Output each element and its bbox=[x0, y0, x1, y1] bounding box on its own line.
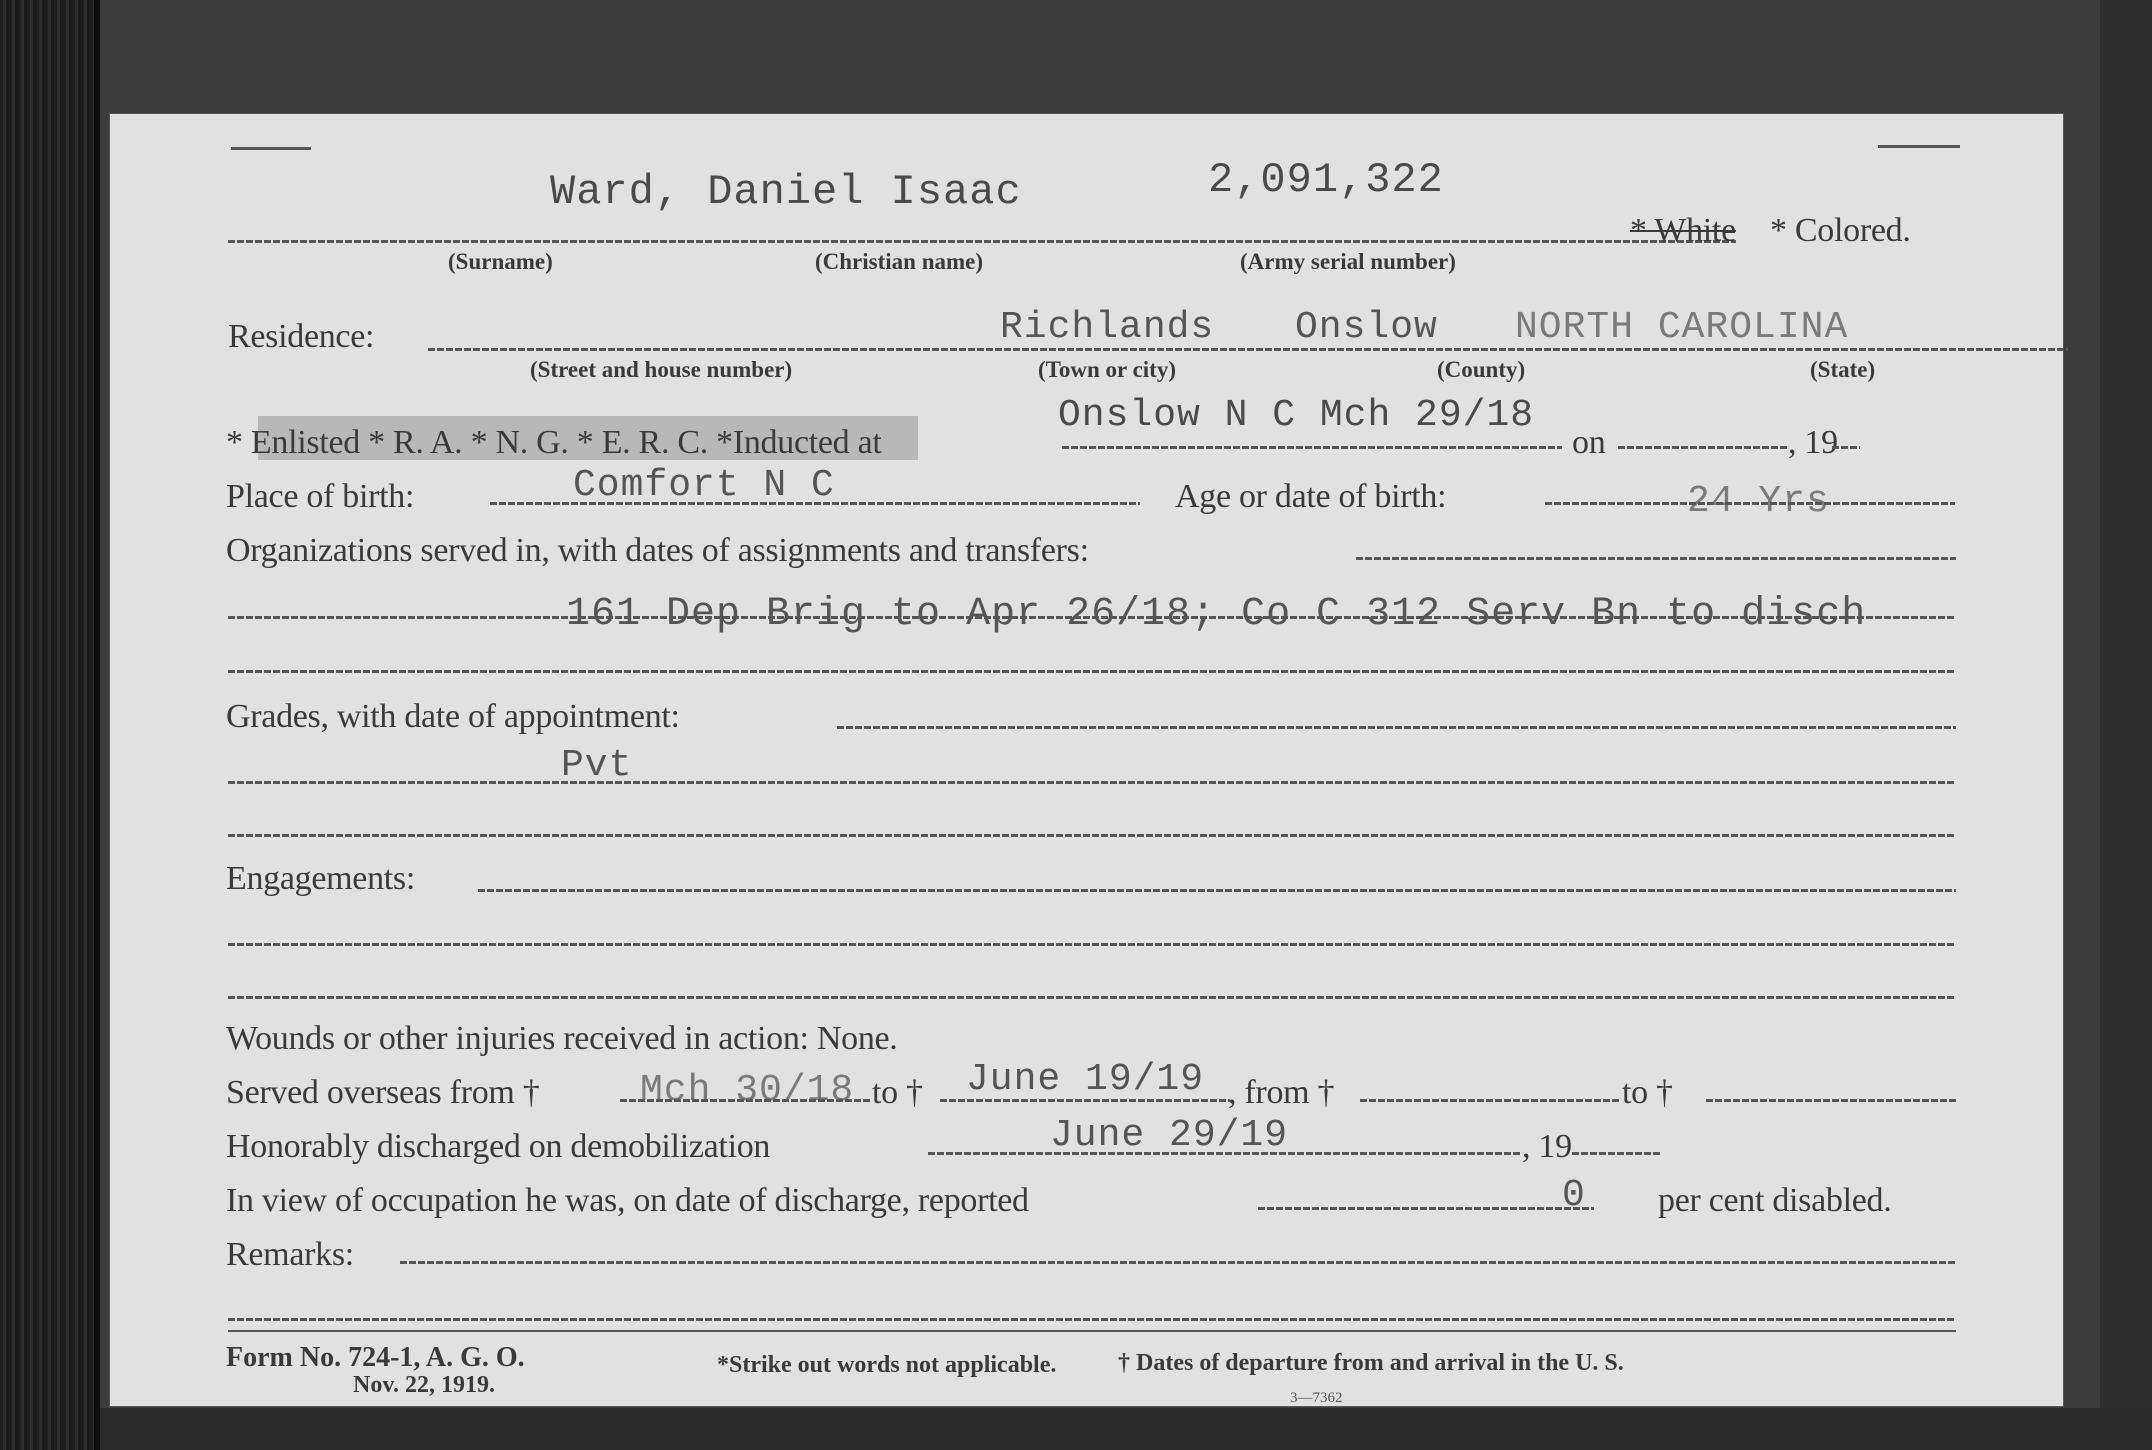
wounds-label: Wounds or other injuries received in act… bbox=[226, 1020, 898, 1058]
race-white-struck: * White bbox=[1630, 212, 1736, 250]
disability-suffix: per cent disabled. bbox=[1658, 1182, 1891, 1220]
engagements-label: Engagements: bbox=[226, 860, 415, 898]
discharge-year-label: , 19 bbox=[1522, 1128, 1572, 1166]
organizations-line-3 bbox=[228, 670, 1956, 673]
dagger-note: † Dates of departure from and arrival in… bbox=[1118, 1350, 1624, 1377]
residence-county-value: Onslow bbox=[1295, 306, 1438, 349]
remarks-line-2 bbox=[228, 1318, 1956, 1321]
grades-line-3 bbox=[228, 834, 1956, 837]
serial-number-value: 2,091,322 bbox=[1208, 156, 1444, 204]
discharge-line bbox=[928, 1152, 1522, 1155]
engagements-line-2 bbox=[228, 943, 1956, 946]
label-county: (County) bbox=[1437, 357, 1525, 383]
name-value: Ward, Daniel Isaac bbox=[550, 168, 1022, 216]
overseas-to-value: June 19/19 bbox=[966, 1058, 1204, 1101]
year-line bbox=[1832, 446, 1860, 449]
film-edge-line bbox=[94, 0, 100, 1450]
grades-line-1 bbox=[837, 726, 1956, 729]
label-surname: (Surname) bbox=[448, 249, 553, 275]
name-line bbox=[228, 240, 1736, 243]
overseas-to-line bbox=[940, 1099, 1230, 1102]
year-label: , 19 bbox=[1788, 424, 1838, 462]
on-line bbox=[1618, 446, 1788, 449]
inducted-value: Onslow N C Mch 29/18 bbox=[1058, 394, 1534, 437]
remarks-line-1 bbox=[400, 1261, 1956, 1264]
age-line bbox=[1545, 502, 1955, 505]
overseas-from-label: Served overseas from † bbox=[226, 1074, 539, 1112]
place-of-birth-line bbox=[490, 502, 1140, 505]
residence-town-value: Richlands bbox=[1000, 306, 1214, 349]
top-left-mark bbox=[231, 147, 311, 150]
strike-note: *Strike out words not applicable. bbox=[717, 1352, 1056, 1379]
discharge-label: Honorably discharged on demobilization bbox=[226, 1128, 770, 1166]
form-number: Form No. 724-1, A. G. O. bbox=[226, 1342, 525, 1374]
print-code: 3—7362 bbox=[1290, 1390, 1343, 1407]
bottom-background-strip bbox=[100, 1408, 2152, 1450]
organizations-label: Organizations served in, with dates of a… bbox=[226, 532, 1089, 570]
organizations-line-1 bbox=[1356, 557, 1956, 560]
label-army-serial: (Army serial number) bbox=[1240, 249, 1456, 275]
overseas-from-value: Mch 30/18 bbox=[640, 1069, 854, 1112]
grades-label: Grades, with date of appointment: bbox=[226, 698, 680, 736]
right-background-strip bbox=[2100, 0, 2152, 1450]
place-of-birth-value: Comfort N C bbox=[573, 464, 835, 507]
disability-label: In view of occupation he was, on date of… bbox=[226, 1182, 1029, 1220]
place-of-birth-label: Place of birth: bbox=[226, 478, 414, 516]
remarks-label: Remarks: bbox=[226, 1236, 354, 1274]
residence-state-value: NORTH CAROLINA bbox=[1515, 306, 1848, 349]
disability-value: 0 bbox=[1562, 1174, 1586, 1217]
label-christian-name: (Christian name) bbox=[815, 249, 983, 275]
overseas-to2-label: to † bbox=[1622, 1074, 1673, 1112]
overseas-to-label: to † bbox=[872, 1074, 923, 1112]
residence-label: Residence: bbox=[228, 318, 374, 356]
on-label: on bbox=[1572, 424, 1605, 462]
enlistment-options: * Enlisted * R. A. * N. G. * E. R. C. *I… bbox=[226, 424, 882, 462]
discharge-value: June 29/19 bbox=[1050, 1114, 1288, 1157]
overseas-from-line bbox=[620, 1099, 870, 1102]
engagements-line-3 bbox=[228, 996, 1956, 999]
overseas-to2-line bbox=[1706, 1099, 1956, 1102]
top-right-mark bbox=[1878, 145, 1960, 148]
discharge-year-line bbox=[1572, 1152, 1662, 1155]
form-date: Nov. 22, 1919. bbox=[353, 1372, 495, 1399]
footer-rule bbox=[228, 1330, 1956, 1332]
inducted-line bbox=[1062, 446, 1562, 449]
film-edge-strip bbox=[0, 0, 94, 1450]
organizations-value: 161 Dep Brig to Apr 26/18; Co C 312 Serv… bbox=[566, 592, 1866, 637]
organizations-line-2 bbox=[228, 616, 1956, 619]
grades-line-2 bbox=[228, 781, 1956, 784]
age-label: Age or date of birth: bbox=[1175, 478, 1446, 516]
race-colored: * Colored. bbox=[1770, 212, 1911, 250]
label-street: (Street and house number) bbox=[530, 357, 792, 383]
overseas-from2-label: , from † bbox=[1228, 1074, 1334, 1112]
label-state: (State) bbox=[1810, 357, 1875, 383]
overseas-from2-line bbox=[1360, 1099, 1620, 1102]
disability-line bbox=[1258, 1207, 1594, 1210]
engagements-line-1 bbox=[478, 889, 1956, 892]
label-town: (Town or city) bbox=[1038, 357, 1176, 383]
service-record-card: Ward, Daniel Isaac 2,091,322 * White * C… bbox=[110, 114, 2063, 1406]
